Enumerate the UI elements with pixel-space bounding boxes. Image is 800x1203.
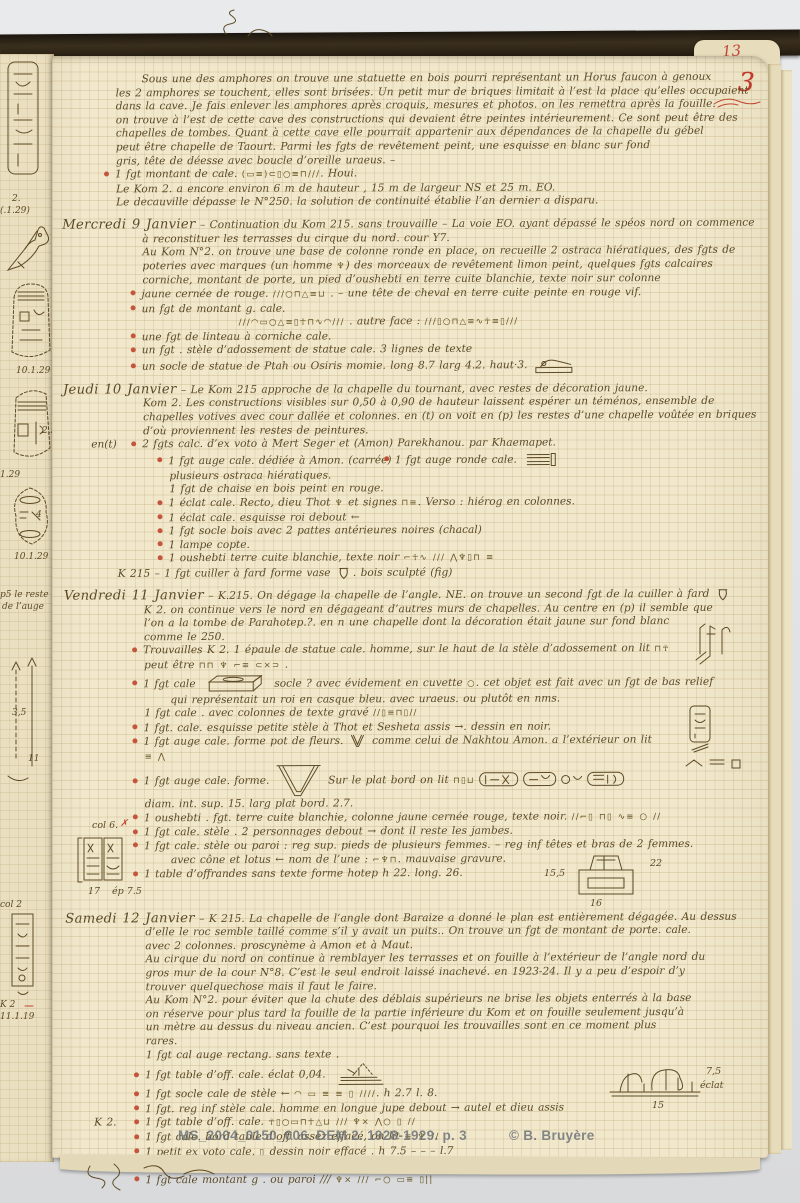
handwritten-text: 1 éclat cale. Recto, dieu Thot (168, 496, 334, 509)
hieroglyph-run: ♆ (335, 498, 344, 508)
margin-note: 3,5 (12, 708, 26, 718)
handwritten-text: 1 fgt auge cale. forme pot de fleurs. (143, 735, 347, 748)
handwritten-text: 1 éclat cale. esquisse roi debout ← (168, 511, 359, 524)
red-bullet-dot (157, 514, 162, 519)
handwritten-text: 1 fgt cale. stèle ou paroi : reg sup. pi… (144, 838, 693, 852)
handwritten-text: diam. int. sup. 15. larg plat bord. 2.7. (145, 798, 354, 811)
handwritten-text: 1 table d’offrandes sans texte forme hot… (144, 867, 463, 880)
manuscript-line: 1 table d’offrandes sans texte forme hot… (145, 866, 767, 882)
red-bullet-dot (134, 1106, 139, 1111)
handwritten-text: . Houi. (320, 168, 357, 180)
red-bullet-dot (131, 334, 136, 339)
handwritten-text: qui représentait un roi en casque bleu. … (170, 692, 560, 706)
red-bullet-dot (134, 1134, 139, 1139)
arrows-sketch (6, 654, 40, 784)
dimension-label: 16 (590, 898, 602, 909)
handwritten-text: 1 fgt cal auge rectang. sans texte . (146, 1048, 339, 1061)
handwritten-text: une fgt de linteau à corniche cale. (142, 330, 332, 343)
handwritten-text: Au Kom N°2. on trouve une base de colonn… (142, 244, 735, 259)
hieroglyph-run: ≡ ⋀ (145, 752, 167, 762)
handwritten-text: 1 fgt table d’off. cale. éclat 0,04. (145, 1069, 330, 1082)
glyph-pair-sketch (682, 756, 744, 772)
hieroglyph-run: ///▯○⊓△≡∿☥≡▯/// (425, 317, 519, 327)
hieroglyph-run: ⌐♆⊓ (372, 855, 397, 865)
handwritten-text: – K.215. On dégage la chapelle de l’angl… (204, 588, 714, 602)
handwritten-text: Sur le plat bord on lit (324, 774, 453, 787)
handwritten-text: comme le 250. (144, 631, 225, 643)
shoulder-glyphs-sketch (692, 622, 734, 668)
handwritten-text: 1 oushebti . fgt. terre cuite blanchie, … (144, 810, 572, 824)
offering-table-sketch (564, 854, 646, 900)
dimension-label: 15 (652, 1100, 664, 1111)
handwritten-text: et signes (344, 496, 402, 508)
margin-note: 11.1.19 (0, 1012, 34, 1022)
margin-note: (.1.29) (0, 206, 30, 216)
handwritten-text: l’on a la tombe de Parahotep.?. en n une… (144, 615, 669, 629)
handwritten-text: à reconstituer les terrasses du cirque d… (142, 231, 449, 244)
handwritten-text: 1 fgt socle bois avec 2 pattes antérieur… (169, 524, 482, 537)
altar-god-sketch (608, 1062, 704, 1100)
red-bullet-dot (158, 542, 163, 547)
red-bullet-dot (131, 363, 136, 368)
dimension-label: 7,5 (706, 1066, 721, 1077)
handwritten-text: gris, tête de déesse avec boucle d’oreil… (116, 154, 395, 167)
handwritten-text: gros mur de la cour N°8. C’est le seul e… (145, 965, 684, 979)
hieroglyph-run: ///◠▭○△≡▯☥⊓∿◠/// (239, 318, 345, 328)
boxed-glyphs-sketch (688, 704, 714, 754)
handwritten-text: comme celui de Nakhtou Amon. a l’extérie… (368, 734, 652, 747)
stela-sketch-2 (6, 384, 56, 466)
handwritten-text: . Verso : hiérog en colonnes. (418, 495, 575, 508)
handwritten-text: 1 fgt cale . avec colonnes de texte grav… (144, 707, 373, 720)
journal-section: Samedi 12 Janvier – K 215. La chapelle d… (119, 909, 768, 1189)
handwritten-text: – Le Kom 215 approche de la chapelle du … (177, 382, 648, 396)
handwritten-text: . mauvaise gravure. (398, 852, 506, 864)
handwritten-text: dans la cave. Je fais enlever les amphor… (116, 98, 716, 113)
vase-sketch (717, 587, 729, 600)
margin-note: col 2 (0, 900, 22, 910)
two-column-glyph-panel (74, 834, 126, 886)
watermark-credit: © B. Bruyère (509, 1128, 595, 1143)
scan-backdrop: 13 2. (.1.29) 10.1.29 2,5 1.29 (0, 0, 800, 1203)
red-bullet-dot (134, 1091, 139, 1096)
manuscript-text: Sous une des amphores on trouve une stat… (116, 71, 769, 1189)
loose-thread-icon (218, 8, 278, 38)
archive-watermark: MS_2004_0150_006. DEM 2. 1928-1929. p. 3… (178, 1128, 718, 1143)
handwritten-text: chapelles de tombes. Quant à cette cave … (116, 125, 704, 140)
journal-section: Mercredi 9 Janvier – Continuation du Kom… (116, 216, 765, 376)
notebook-page: 3 Sous une des amphores on trouve une st… (52, 56, 768, 1158)
handwritten-text: . (280, 659, 288, 671)
hieroglyph-run: ♆× ⋀○ ▯ // (353, 1118, 416, 1128)
handwritten-text: 1 fgt. reg inf stèle cale. homme en long… (145, 1101, 564, 1115)
hieroglyph-run: ⊓≡ (401, 498, 417, 508)
handwritten-text: 1 fgt auge ronde cale. (395, 453, 521, 466)
handwritten-text: – Continuation du Kom 215. sans trouvail… (196, 217, 755, 231)
handwritten-text: . autre face : (345, 315, 425, 327)
column-ref-label: col 6. (92, 820, 118, 831)
handwritten-text: avec cône et lotus ← nom de l’une : (171, 853, 372, 866)
hieroglyph-run: ☥▯○▭⊓☥△⊔ /// (268, 1118, 348, 1128)
red-bullet-dot (131, 291, 136, 296)
handwritten-text: Au Kom N°2. pour éviter que la chute des… (146, 992, 692, 1006)
page-edge-2 (781, 70, 792, 1150)
hieroglyph-run: ♆× /// ⌐○ ▭≡ ▯|| (335, 1175, 433, 1185)
handwritten-text: un fgt . stèle d’adossement de statue ca… (142, 343, 472, 356)
margin-note: 4 (36, 510, 42, 520)
hieroglyph-run: ◠ ▭ ≡ ≡ ▯ //// (294, 1090, 376, 1100)
handwritten-text: un fgt de montant g. cale. (142, 302, 286, 315)
sketch-caption: éclat (700, 1080, 723, 1091)
pencil-note: p5 le reste (0, 590, 49, 600)
vase-sketch (338, 566, 350, 579)
handwritten-text: socle ? avec évidement en cuvette (270, 677, 467, 690)
red-bullet-dot (133, 815, 138, 820)
handwritten-text: rares. (146, 1035, 178, 1047)
red-bullet-dot (157, 458, 162, 463)
margin-label: K 2. (94, 1117, 116, 1131)
entry-date: Jeudi 10 Janvier (63, 382, 177, 397)
red-bullet-dot (132, 739, 137, 744)
red-tick (24, 1002, 34, 1010)
stela-sketch-1 (6, 280, 56, 364)
hieroglyph-column-sketch (4, 60, 44, 180)
handwritten-text: K 215 – 1 fgt cuiller à fard forme vase (118, 567, 335, 580)
manuscript-line: 1 fgt auge cale. forme. Sur le plat bord… (145, 762, 767, 799)
handwritten-text: peut être (144, 659, 199, 671)
eclat-sketch (333, 1061, 387, 1087)
handwritten-text: les 2 amphores se touchent, elles sont b… (116, 84, 749, 99)
handwritten-text: un mètre au dessus du niveau ancien. C’e… (146, 1020, 657, 1034)
handwritten-text: 1 fgt. cale. esquisse petite stèle à Tho… (143, 720, 551, 734)
hieroglyph-panel-sketch (8, 912, 38, 998)
handwritten-text: 1 lampe copte. (169, 539, 250, 551)
red-bullet-dot (131, 441, 136, 446)
handwritten-text: – K 215. La chapelle de l’angle dont Bar… (195, 910, 737, 924)
manuscript-line: 1 fgt cale socle ? avec évidement en cuv… (144, 671, 766, 694)
handwritten-text: plusieurs ostraca hiératiques. (169, 469, 331, 482)
pencil-note: de l’auge (2, 602, 44, 612)
manuscript-line: K 215 – 1 fgt cuiller à fard forme vase … (118, 565, 766, 582)
margin-note: 11 (28, 754, 39, 764)
red-bullet-dot (132, 647, 137, 652)
ptah-sketch (535, 356, 577, 373)
hieroglyph-run: ⌐☥∿ /// ⋀♆▯⊓ ≡ (404, 553, 495, 563)
margin-note: 2. (12, 194, 21, 204)
handwritten-text: Le Kom 2. a encore environ 6 m de hauteu… (116, 181, 555, 195)
cartouches-sketch (478, 769, 628, 790)
binding-threads-icon (84, 1160, 234, 1198)
handwritten-text: un socle de statue de Ptah ou Osiris mom… (142, 359, 532, 373)
handwritten-text: Sous une des amphores on trouve une stat… (142, 71, 712, 85)
handwritten-text: . – une tête de cheval en terre cuite pe… (326, 286, 641, 299)
red-bullet-dot (134, 1119, 139, 1124)
handwritten-text: 1 fgt de chaise en bois peint en rouge. (169, 483, 383, 496)
red-bullet-dot (133, 871, 138, 876)
handwritten-text: d’elle le roc semble taillé comme s’il y… (145, 924, 691, 938)
hieroglyph-run: ♆ (337, 261, 346, 271)
red-bullet-dot (131, 347, 136, 352)
entry-date: Mercredi 9 Janvier (62, 217, 195, 233)
handwritten-text: K 2. on continue vers le nord en dégagea… (144, 602, 713, 616)
handwritten-text: 1 oushebti terre cuite blanchie, texte n… (169, 552, 404, 565)
box3d-sketch (203, 673, 267, 693)
handwritten-text: d’où proviennent les restes de peintures… (143, 424, 368, 437)
handwritten-text: . h 2.7 l. 8. (376, 1087, 437, 1099)
journal-section: Vendredi 11 Janvier – K.215. On dégage l… (118, 587, 767, 882)
handwritten-text: . bois sculpté (fig) (353, 566, 453, 578)
page-edge-1 (768, 64, 781, 1154)
journal-section: Jeudi 10 Janvier – Le Kom 215 approche d… (117, 380, 766, 581)
red-bullet-dot (133, 843, 138, 848)
handwritten-text: Au cirque du nord on continue à remblaye… (145, 951, 705, 965)
hieroglyph-run: ///○⊓△≡⊔ (273, 289, 326, 299)
hieroglyph-run: //▯≡⊓▯// (373, 708, 418, 718)
handwritten-text: 1 fgt cale. stèle . 2 personnages debout… (144, 825, 513, 839)
hieroglyph-run: ○ (467, 679, 476, 689)
handwritten-text: 1 fgt socle cale de stèle ← (145, 1088, 294, 1101)
handwritten-text: poteries avec marques (un homme (142, 259, 336, 272)
handwritten-text: trouver quelquechose mais il faut le fai… (146, 980, 377, 993)
handwritten-text: jaune cernée de rouge. (142, 288, 273, 301)
watermark-id: MS_2004_0150_006. DEM 2. 1928-1929. p. 3 (178, 1128, 467, 1143)
hieroglyph-run: //⌐▯ ⊓▯ ∿≡ ○ // (572, 812, 662, 822)
red-bullet-dot (134, 1148, 139, 1153)
handwritten-text: 1 fgt auge cale. dédiée à Amon. (carrée) (168, 454, 396, 467)
handwritten-text: 1 fgt table d’off. cale. (145, 1116, 268, 1129)
horse-head-sketch (4, 222, 52, 274)
red-bullet-dot (157, 500, 162, 505)
hieroglyph-run: ⊓☥ (654, 644, 670, 654)
red-cross-mark: ✗ (120, 818, 128, 829)
entry-date: Samedi 12 Janvier (65, 911, 195, 927)
red-bullet-dot (104, 171, 109, 176)
red-bullet-dot (134, 1072, 139, 1077)
handwritten-text: peut être chapelle de Taourt. Parmi les … (116, 139, 650, 153)
red-bullet-dot (132, 725, 137, 730)
handwritten-text: ) des morceaux de revêtement limon peint… (346, 258, 713, 272)
handwritten-text: 1 fgt cale (143, 678, 200, 690)
dimension-label: 15,5 (544, 868, 565, 879)
hieroglyph-run: ⊓⊓ ♆ ⌐≡ ⊂×⊃ (199, 661, 281, 671)
dimension-label: 22 (650, 858, 662, 869)
handwritten-text: on trouve à l’est de cette cave des cons… (116, 111, 738, 126)
margin-note: 10.1.29 (14, 552, 48, 562)
red-bullet-dot (384, 457, 389, 462)
handwritten-text: 1 fgt montant de cale. (115, 168, 242, 181)
handwritten-text: Trouvailles K 2. 1 épaule de statue cale… (143, 643, 654, 657)
red-bullet-dot (131, 305, 136, 310)
red-bullet-dot (133, 778, 138, 783)
handwritten-text: corniche, montant de porte, un pied d’ou… (142, 272, 660, 286)
manuscript-line: Le decauville dépasse le N°250. la solut… (116, 194, 764, 210)
potv-sketch (351, 735, 365, 748)
handwritten-text: Le decauville dépasse le N°250. la solut… (116, 195, 598, 209)
margin-note: 1.29 (0, 470, 20, 480)
margin-note: K 2 (0, 1000, 15, 1010)
handwritten-text: avec 2 colonnes. proscynème à Amon et à … (145, 939, 413, 952)
handwritten-text: Kom 2. Les constructions visibles sur 0,… (143, 395, 714, 409)
red-bullet-dot (158, 528, 163, 533)
red-bullet-dot (133, 829, 138, 834)
handwritten-text: chapelles votives avec cour dallée et co… (143, 409, 756, 424)
dimension-label: 17 (88, 886, 100, 897)
dimension-label: ép 7.5 (112, 886, 142, 897)
red-bullet-dot (158, 555, 163, 560)
ostracon-sketch (8, 486, 52, 548)
bigv-sketch (277, 764, 321, 798)
handwritten-text: 2 fgts calc. d’ex voto à Mert Seger et (… (142, 437, 556, 451)
handwritten-text: on réserve pour plus tard la fouille de … (146, 1006, 684, 1020)
hieroglyph-run: ⊓▯⊔ (453, 776, 475, 786)
hieroglyph-run: (▭≡)⊂▯○≡⊓/// (242, 170, 320, 180)
hatch-sketch (524, 450, 556, 468)
margin-note: 10.1.29 (16, 366, 50, 376)
handwritten-text: 1 fgt auge cale. forme. (144, 775, 274, 788)
previous-page-strip: 2. (.1.29) 10.1.29 2,5 1.29 4 10.1.29 p5… (0, 54, 54, 1162)
handwritten-text: . cet objet est fait avec un fgt de bas … (476, 675, 713, 688)
margin-label: en(t) (91, 439, 117, 453)
manuscript-line: un socle de statue de Ptah ou Osiris mom… (143, 355, 765, 375)
entry-date: Vendredi 11 Janvier (64, 588, 204, 604)
journal-section: Sous une des amphores on trouve une stat… (116, 71, 765, 211)
red-bullet-dot (132, 680, 137, 685)
